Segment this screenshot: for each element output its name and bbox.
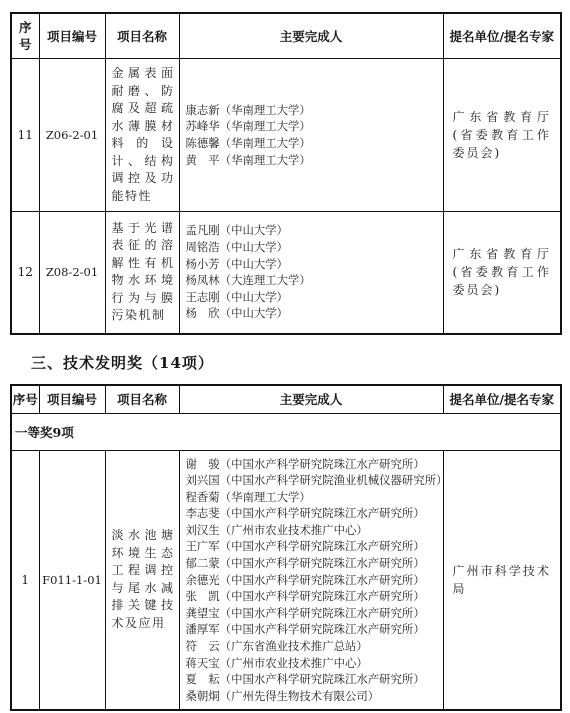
contributor-line: 刘汉生（广州市农业技术推广中心） [186, 522, 441, 539]
header-project-name: 项目名称 [105, 385, 179, 414]
award-table-natural-science: 序号 项目编号 项目名称 主要完成人 提名单位/提名专家 11 Z06-2-01… [10, 12, 562, 335]
contributor-line: 蒋天宝（广州市农业技术推广中心） [186, 655, 441, 672]
contributor-line: 王广军（中国水产科学研究院珠江水产研究所） [186, 538, 441, 555]
table-row: 12 Z08-2-01 基于光谱表征的溶解性有机物水环境行为与膜污染机制 孟凡刚… [11, 212, 561, 334]
cell-main-contributors: 谢 骏（中国水产科学研究院珠江水产研究所） 刘兴国（中国水产科学研究院渔业机械仪… [179, 450, 443, 710]
contributor-line: 康志新（华南理工大学） [186, 102, 441, 119]
contributor-line: 夏 耘（中国水产科学研究院珠江水产研究所） [186, 671, 441, 688]
contributor-line: 陈德馨（华南理工大学） [186, 135, 441, 152]
document-page: 序号 项目编号 项目名称 主要完成人 提名单位/提名专家 11 Z06-2-01… [0, 0, 570, 711]
contributor-line: 符 云（广东省渔业技术推广总站） [186, 638, 441, 655]
contributor-line: 苏峰华（华南理工大学） [186, 118, 441, 135]
contributor-line: 刘兴国（中国水产科学研究院渔业机械仪器研究所） [186, 472, 441, 489]
cell-project-name: 淡水池塘环境生态工程调控与尾水减排关键技术及应用 [105, 450, 179, 710]
contributor-line: 程香菊（华南理工大学） [186, 489, 441, 506]
contributor-line: 王志刚（中山大学） [186, 289, 441, 306]
table-row: 1 F011-1-01 淡水池塘环境生态工程调控与尾水减排关键技术及应用 谢 骏… [11, 450, 561, 710]
grade-band-label: 一等奖9项 [11, 413, 561, 450]
cell-project-code: Z08-2-01 [39, 212, 105, 334]
contributor-line: 余德光（中国水产科学研究院珠江水产研究所） [186, 572, 441, 589]
contributor-line: 谢 骏（中国水产科学研究院珠江水产研究所） [186, 456, 441, 473]
cell-nominator: 广东省教育厅(省委教育工作委员会) [443, 59, 561, 212]
table-header-row: 序号 项目编号 项目名称 主要完成人 提名单位/提名专家 [11, 13, 561, 59]
contributor-line: 潘厚军（中国水产科学研究院珠江水产研究所） [186, 621, 441, 638]
cell-nominator: 广东省教育厅(省委教育工作委员会) [443, 212, 561, 334]
header-project-name: 项目名称 [105, 13, 179, 59]
header-main-contributors: 主要完成人 [179, 13, 443, 59]
cell-project-name: 金属表面耐磨、防腐及超疏水薄膜材料的设计、结构调控及功能特性 [105, 59, 179, 212]
contributor-line: 桑朝烔（广州先得生物技术有限公司） [186, 688, 441, 705]
contributor-line: 杨 欣（中山大学） [186, 305, 441, 322]
cell-project-code: Z06-2-01 [39, 59, 105, 212]
section-title-technical-invention-award: 三、技术发明奖（14项） [31, 352, 560, 373]
contributor-line: 黄 平（华南理工大学） [186, 152, 441, 169]
cell-project-name: 基于光谱表征的溶解性有机物水环境行为与膜污染机制 [105, 212, 179, 334]
table-row: 11 Z06-2-01 金属表面耐磨、防腐及超疏水薄膜材料的设计、结构调控及功能… [11, 59, 561, 212]
grade-band-row: 一等奖9项 [11, 413, 561, 450]
cell-main-contributors: 康志新（华南理工大学） 苏峰华（华南理工大学） 陈德馨（华南理工大学） 黄 平（… [179, 59, 443, 212]
table-header-row: 序号 项目编号 项目名称 主要完成人 提名单位/提名专家 [11, 385, 561, 414]
header-serial: 序号 [11, 385, 39, 414]
contributor-line: 郁二蒙（中国水产科学研究院珠江水产研究所） [186, 555, 441, 572]
contributor-line: 周铭浩（中山大学） [186, 239, 441, 256]
header-main-contributors: 主要完成人 [179, 385, 443, 414]
contributor-line: 李志斐（中国水产科学研究院珠江水产研究所） [186, 505, 441, 522]
contributor-line: 龚望宝（中国水产科学研究院珠江水产研究所） [186, 605, 441, 622]
header-project-code: 项目编号 [39, 13, 105, 59]
cell-main-contributors: 孟凡刚（中山大学） 周铭浩（中山大学） 杨小芳（中山大学） 杨凤林（大连理工大学… [179, 212, 443, 334]
cell-project-code: F011-1-01 [39, 450, 105, 710]
cell-nominator: 广州市科学技术局 [443, 450, 561, 710]
contributor-line: 孟凡刚（中山大学） [186, 222, 441, 239]
contributor-line: 杨凤林（大连理工大学） [186, 272, 441, 289]
cell-serial: 11 [11, 59, 39, 212]
cell-serial: 12 [11, 212, 39, 334]
header-project-code: 项目编号 [39, 385, 105, 414]
header-serial: 序号 [11, 13, 39, 59]
header-nominator: 提名单位/提名专家 [443, 385, 561, 414]
contributor-line: 张 凯（中国水产科学研究院珠江水产研究所） [186, 588, 441, 605]
award-table-technical-invention: 序号 项目编号 项目名称 主要完成人 提名单位/提名专家 一等奖9项 1 F01… [10, 384, 562, 712]
header-nominator: 提名单位/提名专家 [443, 13, 561, 59]
cell-serial: 1 [11, 450, 39, 710]
contributor-line: 杨小芳（中山大学） [186, 256, 441, 273]
